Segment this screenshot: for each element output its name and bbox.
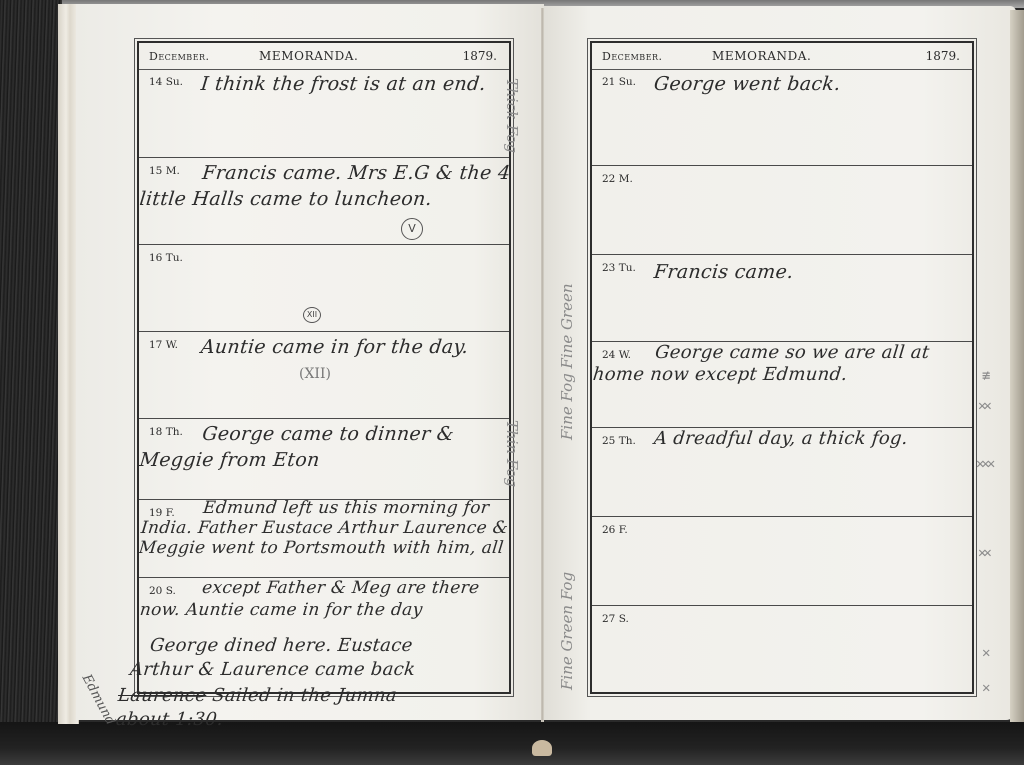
day-row-24: 24 W. George came so we are all at home … <box>592 342 972 428</box>
header-month: December. <box>149 50 210 63</box>
day-row-23: 23 Tu. Francis came. <box>592 255 972 342</box>
right-memoranda-box: December. MEMORANDA. 1879. 21 Su. George… <box>590 41 974 694</box>
day-row-25: 25 Th. A dreadful day, a thick fog. <box>592 428 972 517</box>
margin-tally-mark: ✕ <box>982 645 1016 659</box>
diary-entry: Francis came. <box>591 259 980 285</box>
diary-entry: I think the frost is at an end. <box>138 71 517 97</box>
day-row-27: 27 S. <box>592 606 972 692</box>
day-row-17: 17 W. Auntie came in for the day. (XII) <box>139 332 509 419</box>
day-label: 16 Tu. <box>149 252 183 264</box>
header-year: 1879. <box>926 49 960 63</box>
margin-tally-mark: ✕✕ <box>978 545 1012 559</box>
overflow-line-2: Arthur & Laurence came back <box>129 658 417 682</box>
margin-tally-mark: ✕ <box>982 680 1016 694</box>
parenthetical-mark-xii: (XII) <box>299 366 331 382</box>
diary-entry: except Father & Meg are there now. Aunti… <box>137 577 518 621</box>
diary-entry: Edmund left us this morning for India. F… <box>136 498 518 558</box>
diary-entry: George came to dinner & Meggie from Eton <box>136 421 517 473</box>
header-year: 1879. <box>463 49 497 63</box>
gutter-note-left-bottom: Thin Fog <box>503 420 521 487</box>
day-row-16: 16 Tu. XII <box>139 245 509 332</box>
header-title: MEMORANDA. <box>712 49 811 63</box>
gutter-note-right-bottom: Fine Green Fog <box>558 572 576 690</box>
right-page-header: December. MEMORANDA. 1879. <box>592 43 972 70</box>
left-memoranda-box: December. MEMORANDA. 1879. 14 Su. I thin… <box>137 41 511 694</box>
gutter-tear <box>532 740 552 756</box>
overflow-line-3-text: Sailed in the Jumna <box>211 685 398 706</box>
day-row-22: 22 M. <box>592 166 972 255</box>
overflow-line-4: about 1:30. <box>115 708 225 732</box>
day-label: 26 F. <box>602 524 628 536</box>
diary-entry: George came so we are all at home now ex… <box>590 342 981 386</box>
day-label: 22 M. <box>602 173 633 185</box>
day-row-15: 15 M. Francis came. Mrs E.G & the 4 litt… <box>139 158 509 245</box>
book-gutter <box>541 8 544 722</box>
day-label: 27 S. <box>602 613 629 625</box>
diary-entry: George went back. <box>591 71 980 97</box>
day-row-21: 21 Su. George went back. <box>592 69 972 166</box>
right-page-edge <box>1010 10 1024 722</box>
diary-entry: A dreadful day, a thick fog. <box>591 428 979 450</box>
struck-word: Laurence <box>117 685 207 706</box>
margin-tally-mark: ≢ <box>982 368 1016 382</box>
gutter-note-right-top: Fine Fog Fine Green <box>558 283 576 440</box>
circled-mark-v: V <box>401 218 423 240</box>
header-month: December. <box>602 50 663 63</box>
diary-entry: Auntie came in for the day. <box>138 334 517 360</box>
overflow-line-1: George dined here. Eustace <box>149 634 414 658</box>
header-title: MEMORANDA. <box>259 49 358 63</box>
diary-entry: Francis came. Mrs E.G & the 4 little Hal… <box>136 160 517 212</box>
margin-tally-mark: ✕✕✕ <box>976 456 1010 470</box>
day-row-26: 26 F. <box>592 517 972 606</box>
gutter-note-left-top: Thick Fog <box>503 78 521 153</box>
day-row-19: 19 F. Edmund left us this morning for In… <box>139 500 509 578</box>
left-page-header: December. MEMORANDA. 1879. <box>139 43 509 70</box>
overflow-line-3: Laurence Sailed in the Jumna <box>117 684 398 708</box>
margin-tally-mark: ✕✕ <box>978 398 1012 412</box>
circled-mark-xii: XII <box>303 307 321 323</box>
book-spine <box>0 0 62 765</box>
day-row-18: 18 Th. George came to dinner & Meggie fr… <box>139 419 509 500</box>
day-row-14: 14 Su. I think the frost is at an end. <box>139 69 509 158</box>
